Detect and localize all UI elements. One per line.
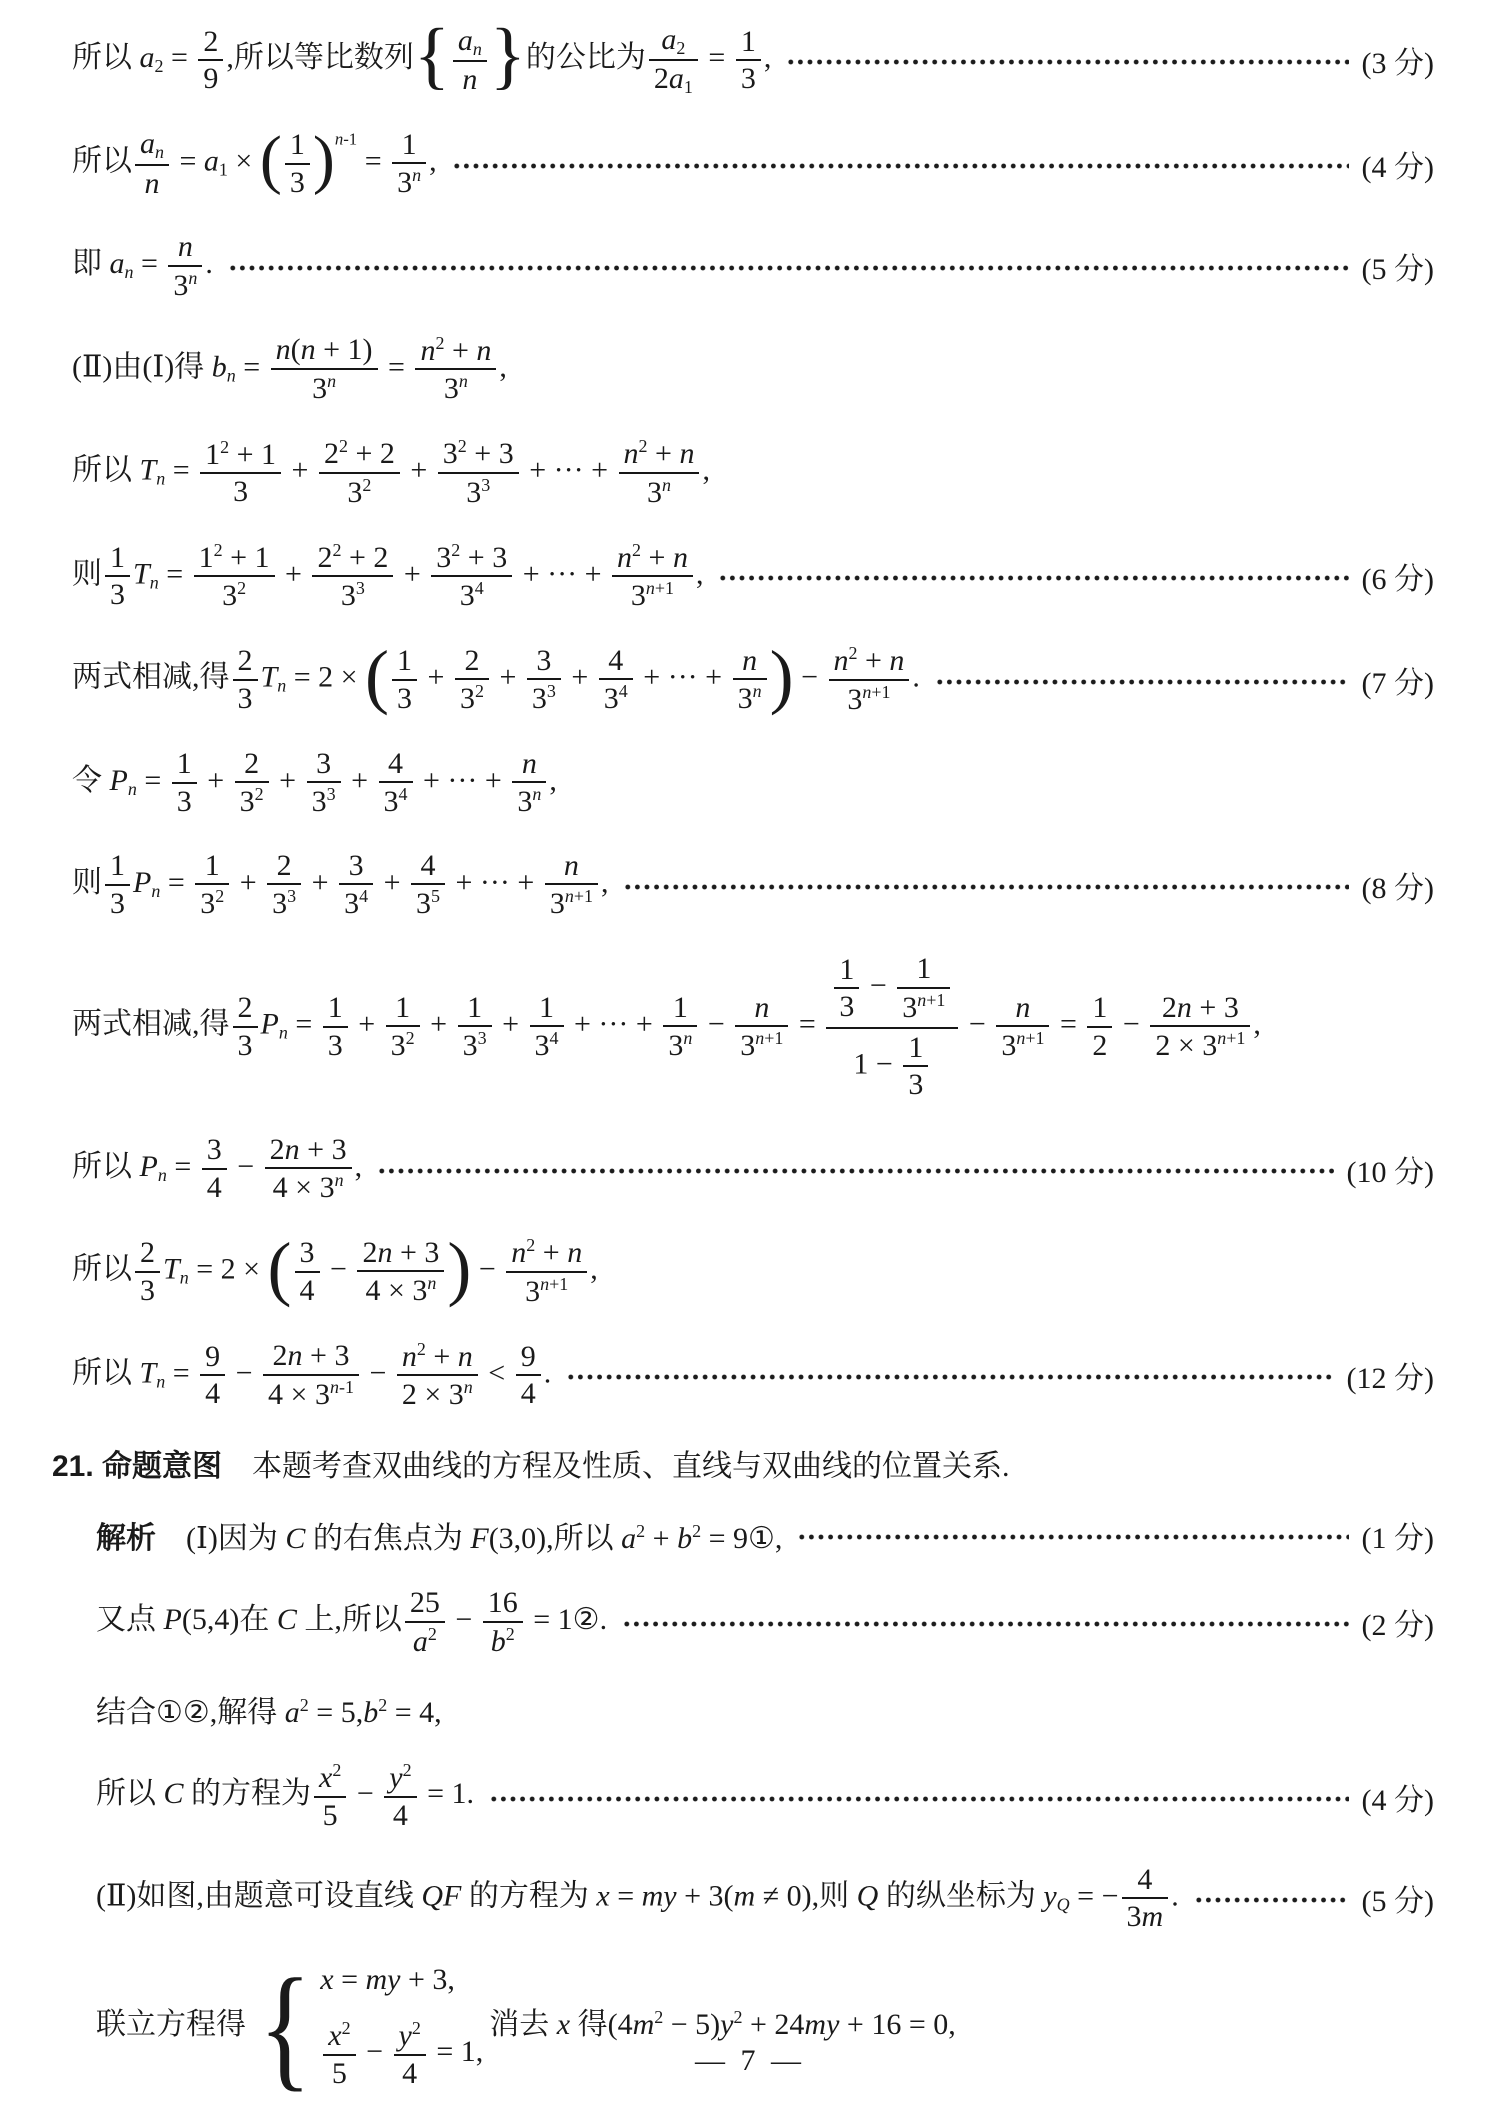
score-label: (5 分) [1362,1876,1434,1920]
fraction: 43m [1122,1862,1169,1935]
math-run: 1 [1092,991,1107,1024]
solution-line: 21. 命题意图 本题考查双曲线的方程及性质、直线与双曲线的位置关系. [0,1441,1500,1485]
math-run: + [492,661,524,694]
superscript: n [327,371,336,391]
math-run: 4 [421,849,436,882]
superscript: 2 [458,436,467,456]
text-run: ,则 [812,1879,857,1912]
superscript: 2 [237,578,246,598]
subscript: n [158,1165,167,1185]
subscript: n [150,572,159,592]
superscript: n+1 [755,1028,783,1048]
dotted-leader [1194,1895,1349,1905]
math-run: + [403,454,435,487]
math-run: = [159,557,191,590]
math-run: 16 [488,1586,518,1619]
math-run: − [471,1253,503,1286]
math-run: = [134,247,166,280]
subscript: n [125,262,134,282]
fraction: 333 [307,746,341,820]
text-run: 所以 [72,454,140,487]
dotted-leader [452,161,1349,171]
math-run: 3 [177,785,192,818]
math-run: n [624,437,639,470]
math-run: a [110,247,125,280]
line-content: 令 Pn = 13 + 232 + 333 + 434 + ··· + n3n, [72,746,557,820]
fraction: 13 [392,643,417,716]
line-content: 即 an = n3n. [72,229,213,303]
math-run: , [702,454,710,487]
math-run: 4 [393,1799,408,1832]
superscript: 2 [849,643,858,663]
math-run: a [140,127,155,160]
fraction: 2n + 34 × 3n [357,1235,444,1309]
math-run: 3 [532,682,547,715]
math-run: 3 [397,166,412,199]
math-run: + 24my + 16 = 0, [743,2008,956,2041]
fraction: 232 [455,643,489,717]
math-run: , [696,557,704,590]
score-label: (4 分) [1362,1775,1434,1819]
superscript: 3 [547,681,556,701]
math-run: + n [641,541,688,574]
math-run: 3 [536,644,551,677]
math-run: 3 [668,1030,683,1063]
math-run: x [319,1762,332,1795]
superscript: 3 [478,1028,487,1048]
superscript: n+1 [646,578,674,598]
math-run: + ··· + [448,866,542,899]
math-run: + 3 [460,541,507,574]
math-run: 1 [290,128,305,161]
line-content: 21. 命题意图 本题考查双曲线的方程及性质、直线与双曲线的位置关系. [52,1441,1010,1485]
fraction: 94 [200,1339,225,1412]
fraction: 434 [379,746,413,820]
math-run: 3 [272,888,287,921]
math-run: × [228,145,260,178]
math-run: + n [444,334,491,367]
solution-line: 则13Pn = 132 + 233 + 334 + 435 + ··· + n3… [0,848,1500,922]
text-run: 的右焦点为 [305,1522,470,1555]
fraction: 334 [339,848,373,922]
math-run: 4 × 3 [273,1171,335,1204]
math-run: 3 [604,682,619,715]
subscript: n [151,881,160,901]
math-run: + n [648,437,695,470]
math-run: + [351,1008,383,1041]
text-run: 的纵坐标为 [878,1879,1043,1912]
fraction: 13 [105,540,130,613]
dotted-leader [935,677,1349,687]
solution-line: 所以 Tn = 94 − 2n + 34 × 3n-1 − n2 + n2 × … [0,1338,1500,1414]
text-run: 上,所以 [297,1603,402,1636]
math-run: = 2 × [286,661,365,694]
fraction: 13n [392,127,426,201]
superscript: 2 [654,2007,663,2027]
math-run: 2 [244,747,259,780]
math-run: = a [172,145,219,178]
dotted-leader [377,1166,1333,1176]
superscript: 2 [506,1624,515,1644]
fraction: 12 + 13 [200,436,281,510]
superscript: 2 [339,436,348,456]
fraction: 13 [172,746,197,819]
superscript: n+1 [862,682,890,702]
fraction: 94 [516,1339,541,1412]
text-run: 结合①②,解得 [96,1696,285,1729]
superscript: n+1 [1016,1028,1044,1048]
math-run: 4 × 3 [268,1378,330,1411]
math-run: 1 [110,541,125,574]
math-run: 4 [300,1274,315,1307]
score-label: (6 分) [1362,554,1434,598]
subscript: n [279,1023,288,1043]
math-run: 3 [110,887,125,920]
math-run: n [178,230,193,263]
math-run: + [232,866,264,899]
math-run: 3 [535,1030,550,1063]
score-label: (10 分) [1347,1147,1434,1191]
fraction: 25a2 [405,1585,445,1659]
math-run: = [357,145,389,178]
math-run: = [164,41,196,74]
line-content: (Ⅱ)如图,由题意可设直线 QF 的方程为 x = my + 3(m ≠ 0),… [96,1862,1179,1935]
superscript: 2 [412,2018,421,2038]
solution-line: 又点 P(5,4)在 C 上,所以25a2 − 16b2 = 1②.(2 分) [0,1585,1500,1659]
superscript: n [427,1273,436,1293]
math-run: 1 [741,25,756,58]
score-label: (7 分) [1362,658,1434,702]
math-run: 9 [203,62,218,95]
fraction: 22 + 233 [312,539,393,615]
math-run: + [376,866,408,899]
math-run: a [458,24,473,57]
math-run: 3 [240,785,255,818]
math-run: 2 × 3 [402,1378,464,1411]
solution-line: 解析 (Ⅰ)因为 C 的右焦点为 F(3,0),所以 a2 + b2 = 9①,… [0,1513,1500,1557]
solution-line: 则13Tn = 12 + 132 + 22 + 233 + 32 + 334 +… [0,539,1500,615]
math-run: 1 [205,849,220,882]
fraction: 12 [1087,990,1112,1063]
text-run: 所以 [72,41,140,74]
math-run: n [462,63,477,96]
text-run: 所以 [72,1253,132,1286]
math-run: 3 [839,990,854,1023]
text-run: 所以 [72,1356,140,1389]
math-run: 3 [312,372,327,405]
math-run: y [1043,1879,1056,1912]
math-run: − [349,1777,381,1810]
math-run: + 2 [341,541,388,574]
superscript: 2 [255,784,264,804]
superscript: 2 [332,1760,341,1780]
math-run: 3 [444,372,459,405]
math-run: − [448,1603,480,1636]
math-run: + ··· + [636,661,730,694]
fraction: n2 + n3n+1 [829,642,910,718]
math-run: = [137,764,169,797]
math-run: , [601,866,609,899]
solution-line: 所以23Tn = 2 × (34 − 2n + 34 × 3n) − n2 + … [0,1234,1500,1310]
subscript: n [155,142,164,162]
math-run: 1 [199,541,214,574]
math-run: 2n + 3 [270,1133,347,1166]
math-run: 3 [416,888,431,921]
math-run: − [862,969,894,1002]
score-label: (3 分) [1362,38,1434,82]
math-run: n [754,991,769,1024]
math-run: 4 [207,1171,222,1204]
superscript: n+1 [540,1274,568,1294]
subscript: 2 [155,56,164,76]
line-content: 结合①②,解得 a2 = 5,b2 = 4, [96,1687,442,1731]
solution-line: 所以ann = a1 × (13)n-1 = 13n,(4 分) [0,126,1500,201]
superscript: n [683,1028,692,1048]
math-run: + [284,454,316,487]
superscript: 2 [636,1521,645,1541]
math-run: 1 [395,991,410,1024]
math-run: 5 [323,1799,338,1832]
text-run: 两式相减,得 [72,1008,230,1041]
superscript: n [459,371,468,391]
math-run: 1 [110,849,125,882]
fraction: 2n + 34 × 3n [265,1132,352,1206]
math-run: n [564,849,579,882]
math-run: , [429,145,437,178]
math-run: 1 [402,128,417,161]
math-run: − 5)y [663,2008,733,2041]
math-run: 3 [460,682,475,715]
dotted-leader [786,57,1348,67]
fraction: ann [135,126,169,201]
text-run: 的方程为 [184,1777,312,1810]
line-content: 则13Pn = 132 + 233 + 334 + 435 + ··· + n3… [72,848,608,922]
math-run: 2 [464,644,479,677]
subscript: n [473,39,482,59]
math-run: = 4, [387,1696,441,1729]
subscript: n [156,469,165,489]
math-run: . [1171,1879,1179,1912]
text-run: 所以 [72,1150,140,1183]
fraction: 13 [834,952,859,1025]
math-run: n [522,747,537,780]
text-run: 又点 [96,1603,164,1636]
fraction: 13 [105,848,130,921]
fraction: 232 [235,746,269,820]
superscript: 2 [214,540,223,560]
superscript: n [662,475,671,495]
superscript: n+1 [1217,1028,1245,1048]
math-run: = [381,350,413,383]
math-run: 2 [317,541,332,574]
math-run: 3 [312,785,327,818]
line-content: 所以 a2 = 29,所以等比数列{ann}的公比为a22a1 = 13, [72,22,771,98]
fraction: 23 [233,643,258,716]
math-run: 3 [738,682,753,715]
fraction: n3n [512,746,546,820]
math-run: Q [857,1879,879,1912]
math-run: 1 [205,438,220,471]
math-run: = 1. [420,1777,474,1810]
math-run: + 3 [467,437,514,470]
math-run: 2 [140,1236,155,1269]
math-run: 3 [341,579,356,612]
text-run: 两式相减,得 [72,661,230,694]
dotted-leader [623,882,1348,892]
text-run: 令 [72,764,110,797]
solution-line: (Ⅱ)由(Ⅰ)得 bn = n(n + 1)3n = n2 + n3n, [0,332,1500,408]
math-run: + [564,661,596,694]
math-run: 2n + 3 [362,1236,439,1269]
math-run: + ··· + [416,764,510,797]
fraction: 12 + 132 [194,539,275,615]
fraction: n2 + n3n+1 [612,539,693,615]
math-run: 3 [443,437,458,470]
math-run: , [355,1150,363,1183]
math-run: b [212,350,227,383]
text-run: 联立方程得 [96,2008,246,2041]
text-run: 即 [72,247,110,280]
subscript: n [180,1268,189,1288]
math-run: 1 − [853,1047,900,1080]
math-run: 3m [1127,1900,1164,1933]
fraction: 23 [135,1235,160,1308]
math-run: + n [535,1236,582,1269]
math-run: 3 [110,578,125,611]
math-run: 2 [1092,1029,1107,1062]
superscript: 2 [403,1760,412,1780]
math-run: + n [426,1340,473,1373]
text-run: 则 [72,866,102,899]
math-run: . [544,1356,552,1389]
math-run: + [495,1008,527,1041]
math-run: = [236,350,268,383]
dotted-leader [489,1794,1349,1804]
superscript: 2 [475,681,484,701]
line-content: 所以 C 的方程为x25 − y24 = 1. [96,1759,474,1833]
superscript: 2 [362,475,371,495]
math-run: C [164,1777,184,1810]
math-run: 1 [839,953,854,986]
fraction: 13 [903,1030,928,1103]
math-run: , [549,764,557,797]
math-run: 1 [328,991,343,1024]
math-run: a [140,41,155,74]
math-run: + 2 [348,437,395,470]
fraction: 29 [198,24,223,97]
math-run: = [165,1356,197,1389]
math-run: 3 [460,579,475,612]
solution-line: 所以 Pn = 34 − 2n + 34 × 3n,(10 分) [0,1132,1500,1206]
math-run: 1 [177,747,192,780]
superscript: 4 [359,886,368,906]
math-run: 3 [207,1133,222,1166]
score-label: (4 分) [1362,142,1434,186]
math-run: 2 [238,644,253,677]
math-run: 3 [1001,1030,1016,1063]
math-run: x = my + 3, [320,1963,455,1996]
math-run: 3 [290,166,305,199]
page-number: — 7 — [0,2044,1500,2078]
superscript: 2 [632,540,641,560]
superscript: n [188,268,197,288]
math-run: 25 [410,1586,440,1619]
fraction: 22 + 232 [319,435,400,511]
math-run: = [1052,1008,1084,1041]
fraction: 2n + 32 × 3n+1 [1150,990,1250,1064]
superscript: 3 [287,886,296,906]
math-run: = 9①, [701,1522,782,1555]
subscript: n [128,779,137,799]
math-run: 1 [908,1031,923,1064]
math-run: 2n + 3 [1162,991,1239,1024]
math-run: + 1 [223,541,270,574]
math-run: . [205,247,213,280]
fraction: n(n + 1)3n [271,332,378,406]
subscript: Q [1057,1894,1070,1914]
math-run: 1 [539,991,554,1024]
fraction: 34 [202,1132,227,1205]
fraction: 13n+1 [897,951,950,1025]
math-run: P [133,866,151,899]
math-run: 3 [550,888,565,921]
fraction: 32 + 334 [431,539,512,615]
math-run: 4 [388,747,403,780]
score-label: (2 分) [1362,1600,1434,1644]
math-run: T [163,1253,180,1286]
math-run: 3 [525,1275,540,1308]
math-run: = [160,866,192,899]
math-run: 2a [654,62,684,95]
subscript: 1 [219,160,228,180]
math-run: 3 [847,683,862,716]
math-run: 1 [673,991,688,1024]
math-run: 1 [397,644,412,677]
math-run: P(5,4) [164,1603,240,1636]
math-run: 3 [908,1068,923,1101]
line-content: 所以23Tn = 2 × (34 − 2n + 34 × 3n) − n2 + … [72,1234,598,1310]
math-run: T [261,661,278,694]
math-run: + [272,764,304,797]
math-run: 3 [631,579,646,612]
subscript: n [156,1371,165,1391]
subscript: 2 [676,38,685,58]
fraction: a22a1 [649,22,698,98]
line-content: 所以 Tn = 94 − 2n + 34 × 3n-1 − n2 + n2 × … [72,1338,551,1414]
text-run: 的公比为 [526,41,646,74]
math-run: − [700,1008,732,1041]
math-run: = [288,1008,320,1041]
line-content: 两式相减,得23Pn = 13 + 132 + 133 + 134 + ··· … [72,950,1261,1104]
math-run: 3 [349,849,364,882]
superscript: 2 [428,1624,437,1644]
solution-line: 所以 a2 = 29,所以等比数列{ann}的公比为a22a1 = 13,(3 … [0,22,1500,98]
superscript: 2 [300,1695,309,1715]
math-run: a [621,1522,636,1555]
superscript: 2 [220,437,229,457]
system-row: x = my + 3, [320,1963,455,1997]
document-body: 所以 a2 = 29,所以等比数列{ann}的公比为a22a1 = 13,(3 … [0,0,1500,2091]
math-run: + 1 [229,438,276,471]
math-run: < [481,1356,513,1389]
fraction: 132 [195,848,229,922]
math-run: 3 [300,1236,315,1269]
math-run: 9 [205,1340,220,1373]
superscript: 2 [639,436,648,456]
text-run: 本题考查双曲线的方程及性质、直线与双曲线的位置关系. [222,1450,1010,1483]
solution-line: 所以 Tn = 12 + 13 + 22 + 232 + 32 + 333 + … [0,435,1500,511]
text-run: 所以 [96,1777,164,1810]
